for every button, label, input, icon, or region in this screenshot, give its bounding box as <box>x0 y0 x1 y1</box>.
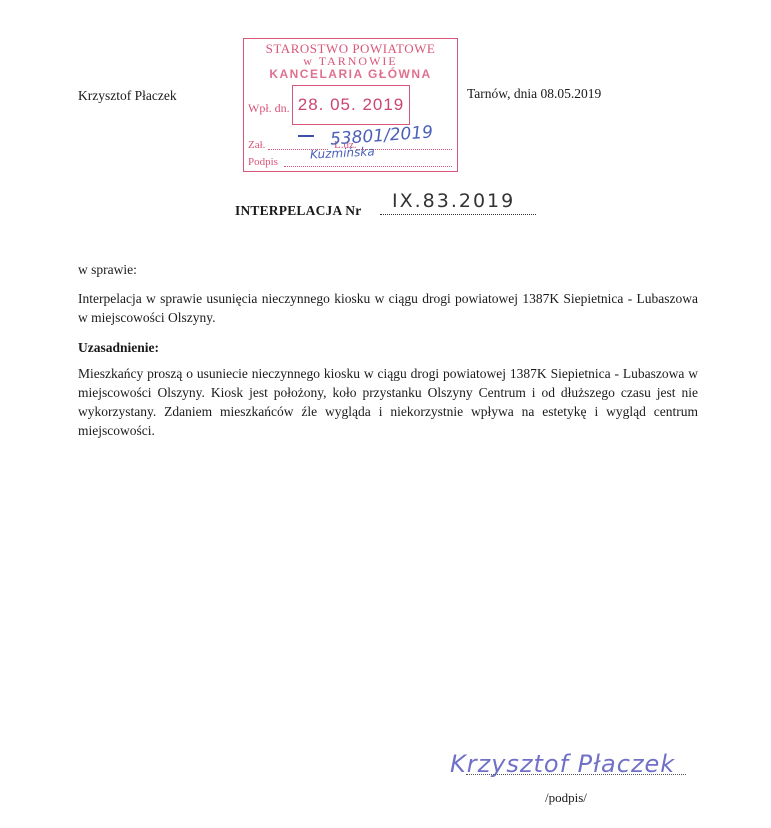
justification-heading: Uzasadnienie: <box>78 340 159 356</box>
stamp-attachments-label: Zał. <box>248 139 265 151</box>
stamp-signature-label: Podpis <box>248 156 278 168</box>
interpellation-number-handwritten: IX.83.2019 <box>392 190 515 212</box>
stamp-signature-line <box>284 166 452 167</box>
justification-text: Mieszkańcy proszą o usuniecie nieczynneg… <box>78 364 698 440</box>
signature-line <box>466 774 686 775</box>
interpellation-title: INTERPELACJA Nr <box>235 203 361 219</box>
stamp-department-line: KANCELARIA GŁÓWNA <box>244 67 457 81</box>
subject-label: w sprawie: <box>78 262 137 278</box>
stamp-attachments-handwritten-dash <box>298 135 314 137</box>
interpellation-number-line <box>380 214 536 215</box>
stamp-received-date: 28. 05. 2019 <box>292 85 410 125</box>
author-name: Krzysztof Płaczek <box>78 88 177 104</box>
subject-text: Interpelacja w sprawie usunięcia nieczyn… <box>78 289 698 327</box>
stamp-received-label: Wpł. dn. <box>248 101 290 116</box>
place-and-date: Tarnów, dnia 08.05.2019 <box>467 86 601 102</box>
signature-label: /podpis/ <box>545 790 587 806</box>
